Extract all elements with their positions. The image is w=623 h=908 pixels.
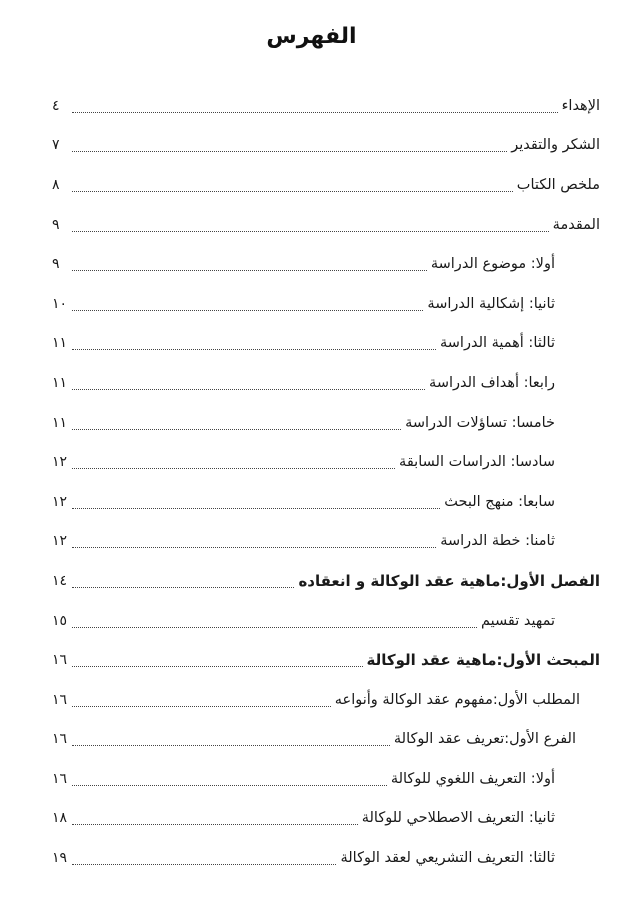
toc-entry-label: الفصل الأول:ماهية عقد الوكالة و انعقاده bbox=[294, 571, 600, 591]
toc-page-number: ١٢ bbox=[52, 454, 72, 470]
toc-entry-label: ملخص الكتاب bbox=[513, 175, 600, 195]
toc-page-number: ١٦ bbox=[52, 692, 72, 708]
toc-entry: ثانيا: التعريف الاصطلاحي للوكالة١٨ bbox=[52, 799, 600, 839]
dot-leader bbox=[72, 532, 436, 552]
toc-entry-label: المبحث الأول:ماهية عقد الوكالة bbox=[363, 650, 600, 670]
toc-entry-label: الشكر والتقدير bbox=[507, 135, 600, 155]
toc-entry-label: ثانيا: التعريف الاصطلاحي للوكالة bbox=[358, 808, 555, 828]
toc-page-number: ٩ bbox=[52, 217, 72, 233]
dot-leader bbox=[72, 176, 513, 196]
toc-entry-label: ثامنا: خطة الدراسة bbox=[436, 531, 555, 551]
toc-entry: الفرع الأول:تعريف عقد الوكالة١٦ bbox=[52, 720, 600, 760]
toc-entry: سابعا: منهج البحث١٢ bbox=[52, 482, 600, 522]
toc-entry: الإهداء٤ bbox=[52, 86, 600, 126]
toc-page-number: ١١ bbox=[52, 375, 72, 391]
toc-entry: ثالثا: التعريف التشريعي لعقد الوكالة١٩ bbox=[52, 838, 600, 878]
toc-page-number: ٩ bbox=[52, 256, 72, 272]
toc-page-number: ١٦ bbox=[52, 771, 72, 787]
toc-entry: أولا: التعريف اللغوي للوكالة١٦ bbox=[52, 759, 600, 799]
toc-entry-label: سابعا: منهج البحث bbox=[440, 492, 555, 512]
dot-leader bbox=[72, 295, 423, 315]
dot-leader bbox=[72, 374, 425, 394]
toc-page-number: ١٢ bbox=[52, 494, 72, 510]
toc-entry: ملخص الكتاب٨ bbox=[52, 165, 600, 205]
dot-leader bbox=[72, 612, 477, 632]
dot-leader bbox=[72, 572, 294, 592]
toc-page-number: ٤ bbox=[52, 98, 72, 114]
toc-page-number: ١٢ bbox=[52, 533, 72, 549]
toc-page-number: ١٦ bbox=[52, 652, 72, 668]
toc-page-number: ١٩ bbox=[52, 850, 72, 866]
toc-section-entry: المبحث الأول:ماهية عقد الوكالة١٦ bbox=[52, 640, 600, 680]
toc-entry: سادسا: الدراسات السابقة١٢ bbox=[52, 442, 600, 482]
dot-leader bbox=[72, 651, 363, 671]
dot-leader bbox=[72, 414, 401, 434]
dot-leader bbox=[72, 770, 387, 790]
toc-page-number: ١٥ bbox=[52, 613, 72, 629]
toc-page: الفهرس الإهداء٤ الشكر والتقدير٧ ملخص الك… bbox=[0, 0, 623, 908]
dot-leader bbox=[72, 730, 390, 750]
dot-leader bbox=[72, 334, 436, 354]
toc-entry-label: الفرع الأول:تعريف عقد الوكالة bbox=[390, 729, 576, 749]
toc-entry-label: المطلب الأول:مفهوم عقد الوكالة وأنواعه bbox=[331, 690, 580, 710]
toc-entry-label: تمهيد تقسيم bbox=[477, 611, 555, 631]
dot-leader bbox=[72, 809, 358, 829]
toc-entry: ثامنا: خطة الدراسة١٢ bbox=[52, 522, 600, 562]
page-title: الفهرس bbox=[0, 24, 623, 49]
toc-entry-label: سادسا: الدراسات السابقة bbox=[395, 452, 555, 472]
toc-page-number: ١١ bbox=[52, 415, 72, 431]
toc-entry: خامسا: تساؤلات الدراسة١١ bbox=[52, 403, 600, 443]
toc-page-number: ١٤ bbox=[52, 573, 72, 589]
dot-leader bbox=[72, 136, 507, 156]
toc-entry-label: المقدمة bbox=[549, 215, 600, 235]
toc-entry: أولا: موضوع الدراسة٩ bbox=[52, 244, 600, 284]
dot-leader bbox=[72, 97, 558, 117]
toc-entry: المطلب الأول:مفهوم عقد الوكالة وأنواعه١٦ bbox=[52, 680, 600, 720]
toc-entry-label: ثانيا: إشكالية الدراسة bbox=[423, 294, 555, 314]
toc-entry: الشكر والتقدير٧ bbox=[52, 126, 600, 166]
dot-leader bbox=[72, 691, 331, 711]
toc-page-number: ١٦ bbox=[52, 731, 72, 747]
toc-chapter-entry: الفصل الأول:ماهية عقد الوكالة و انعقاده١… bbox=[52, 561, 600, 601]
dot-leader bbox=[72, 453, 395, 473]
toc-entry: رابعا: أهداف الدراسة١١ bbox=[52, 363, 600, 403]
toc-entry-label: أولا: التعريف اللغوي للوكالة bbox=[387, 769, 555, 789]
toc-entry-label: ثالثا: التعريف التشريعي لعقد الوكالة bbox=[336, 848, 555, 868]
dot-leader bbox=[72, 493, 440, 513]
dot-leader bbox=[72, 849, 336, 869]
toc-page-number: ١٠ bbox=[52, 296, 72, 312]
toc-entry: المقدمة٩ bbox=[52, 205, 600, 245]
toc-page-number: ١١ bbox=[52, 335, 72, 351]
dot-leader bbox=[72, 216, 549, 236]
dot-leader bbox=[72, 255, 427, 275]
toc-page-number: ٨ bbox=[52, 177, 72, 193]
toc-entry-label: خامسا: تساؤلات الدراسة bbox=[401, 413, 555, 433]
toc-entry: ثالثا: أهمية الدراسة١١ bbox=[52, 324, 600, 364]
toc-entry-label: الإهداء bbox=[558, 96, 600, 116]
table-of-contents: الإهداء٤ الشكر والتقدير٧ ملخص الكتاب٨ ال… bbox=[52, 86, 600, 878]
toc-entry-label: أولا: موضوع الدراسة bbox=[427, 254, 555, 274]
toc-page-number: ٧ bbox=[52, 137, 72, 153]
toc-entry-label: ثالثا: أهمية الدراسة bbox=[436, 333, 555, 353]
toc-page-number: ١٨ bbox=[52, 810, 72, 826]
toc-entry: تمهيد تقسيم١٥ bbox=[52, 601, 600, 641]
toc-entry: ثانيا: إشكالية الدراسة١٠ bbox=[52, 284, 600, 324]
toc-entry-label: رابعا: أهداف الدراسة bbox=[425, 373, 555, 393]
